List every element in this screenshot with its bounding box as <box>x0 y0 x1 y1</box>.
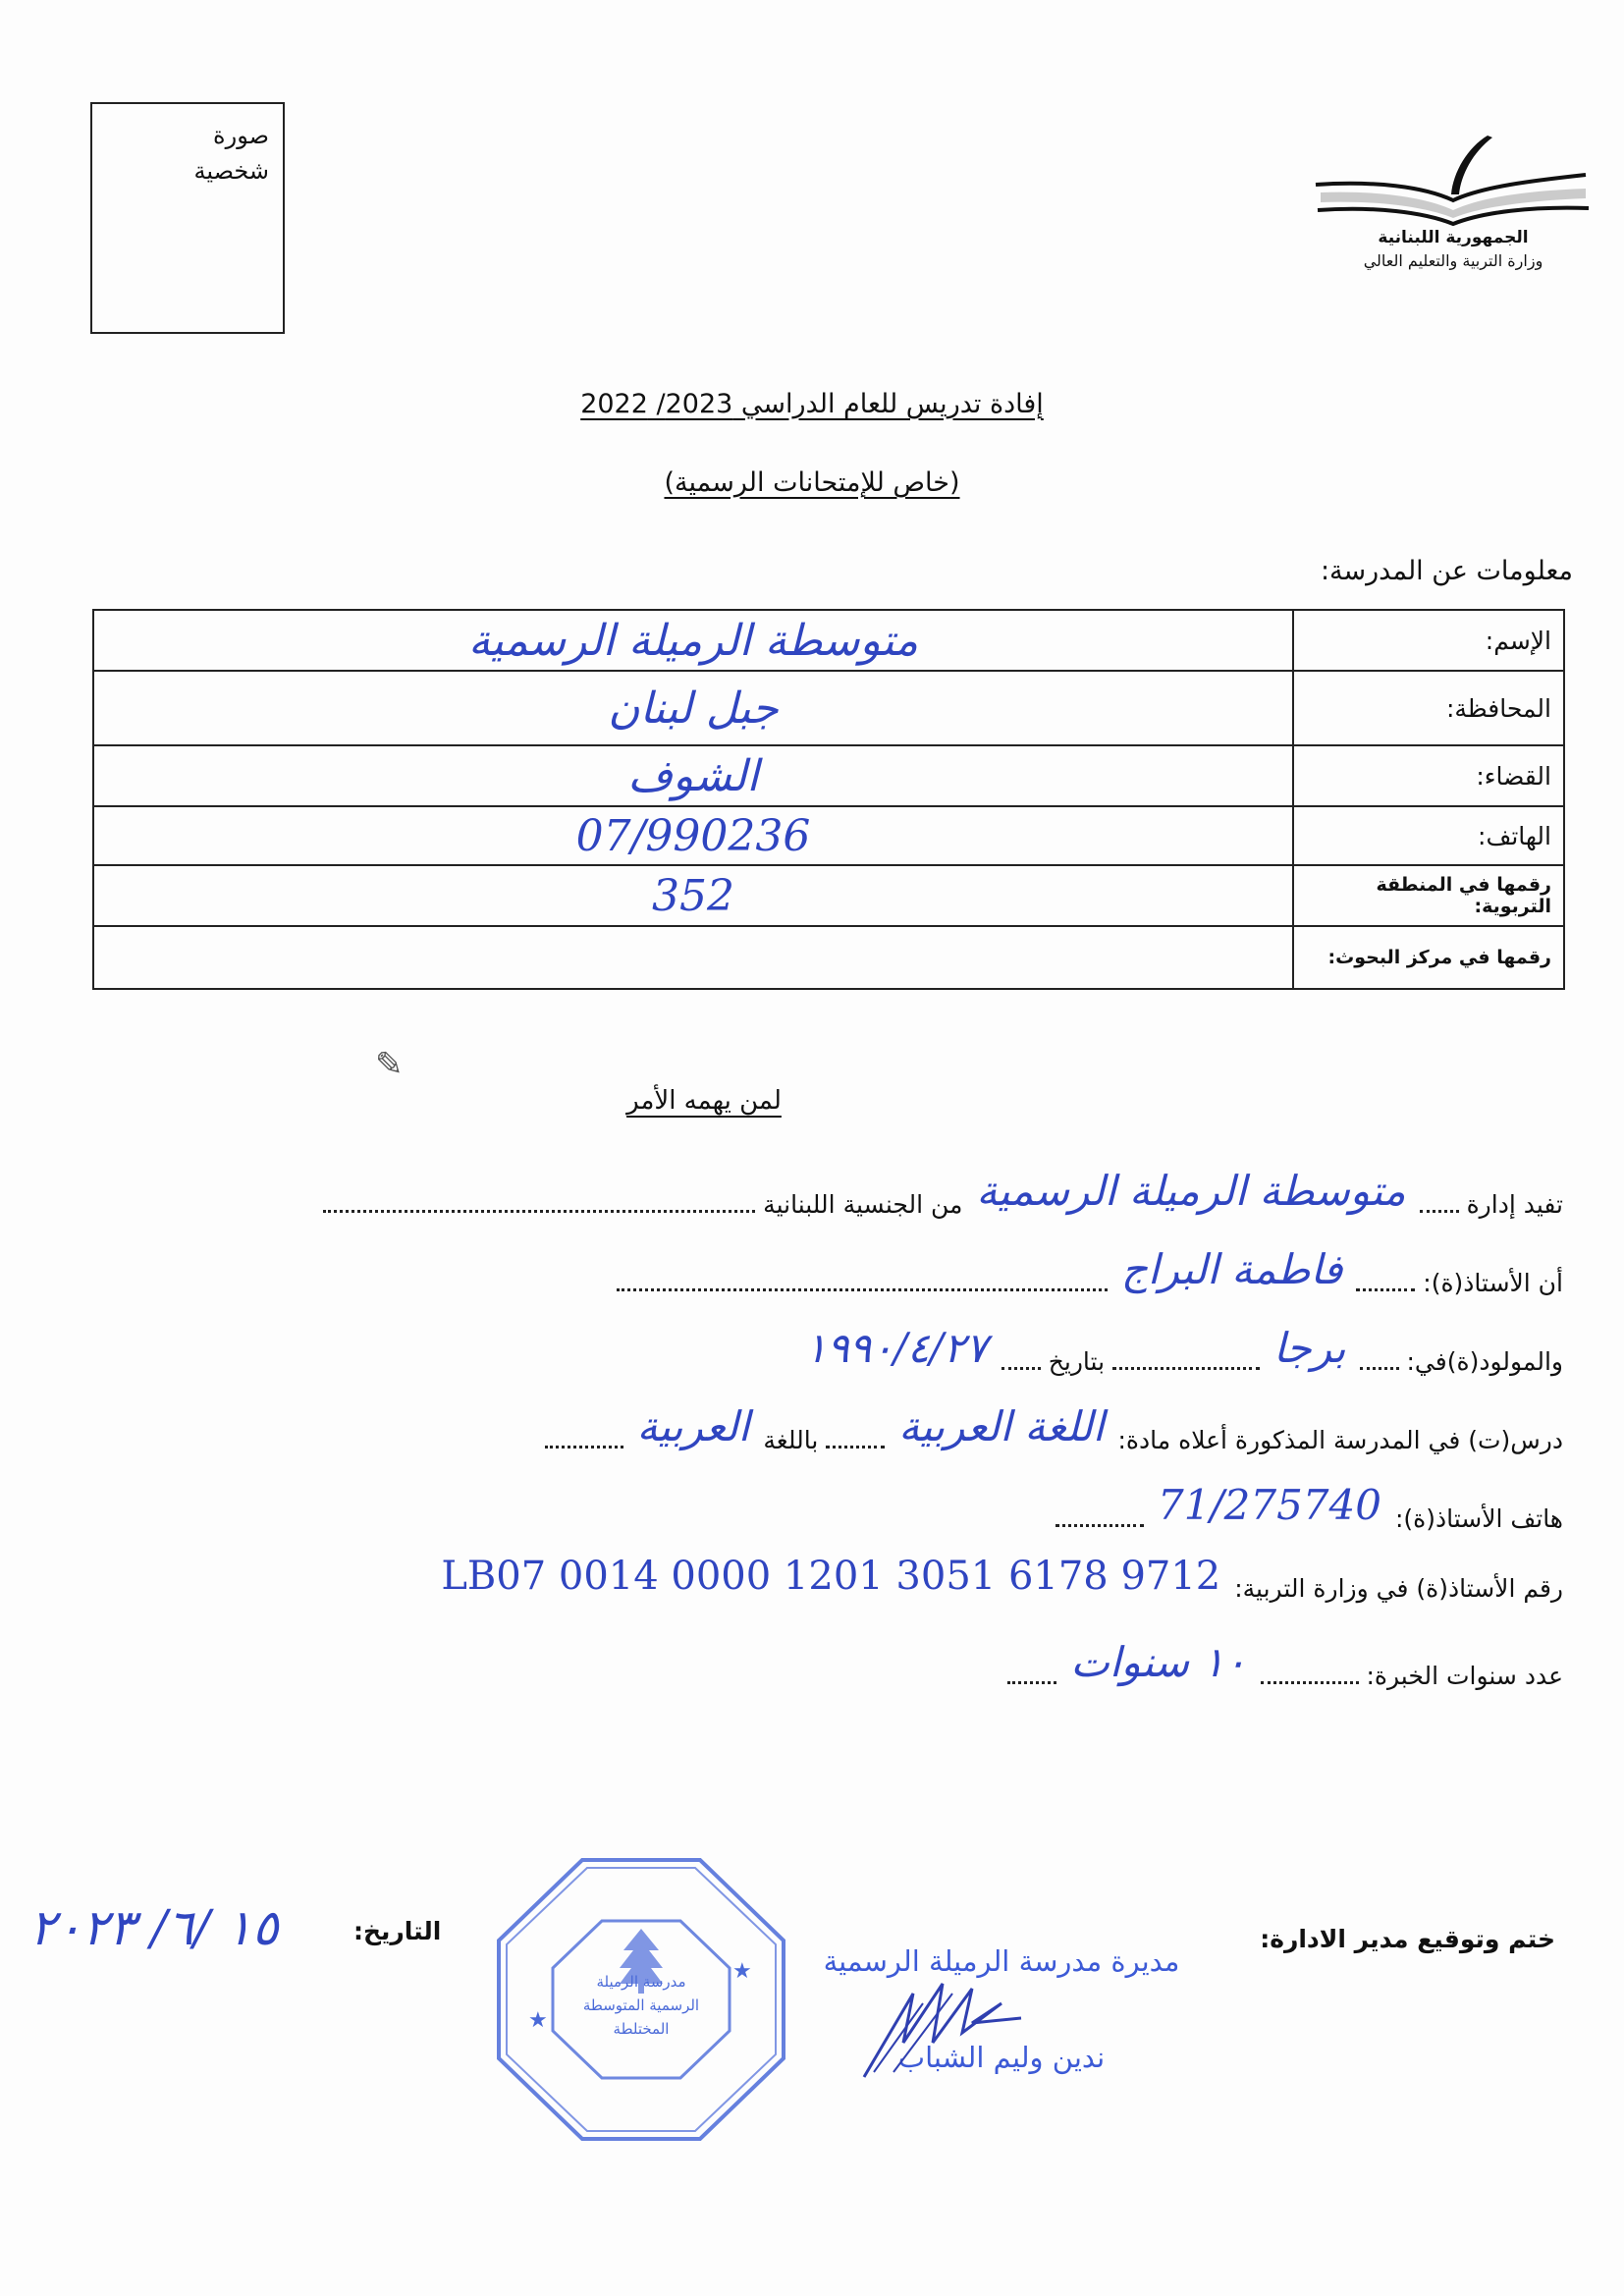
value-name: متوسطة الرميلة الرسمية <box>93 610 1293 671</box>
experience-label: عدد سنوات الخبرة: <box>1366 1662 1563 1690</box>
stamp-line2: الرسمية المتوسطة <box>577 1994 705 2017</box>
line-experience: عدد سنوات الخبرة: ١٠ سنوات <box>1007 1646 1563 1694</box>
logo-ministry-text: وزارة التربية والتعليم العالي <box>1306 251 1600 270</box>
school-phone-value: 07/990236 <box>576 811 811 861</box>
ministry-number-value: LB07 0014 0000 1201 3051 6178 9712 <box>441 1554 1220 1599</box>
line-administration: تفيد إدارة متوسطة الرميلة الرسمية من الج… <box>323 1175 1563 1223</box>
born-in-value: برجا <box>1273 1324 1346 1372</box>
label-governorate: المحافظة: <box>1293 671 1564 745</box>
born-date-label: بتاريخ <box>1049 1347 1105 1376</box>
dotted-fill <box>1360 1366 1399 1370</box>
svg-text:★: ★ <box>732 1959 752 1984</box>
line-ministry-number: رقم الأستاذ(ة) في وزارة التربية: LB07 00… <box>435 1561 1563 1607</box>
admin-value: متوسطة الرميلة الرسمية <box>976 1167 1405 1215</box>
label-name: الإسم: <box>1293 610 1564 671</box>
value-governorate: جبل لبنان <box>93 671 1293 745</box>
ministry-number-label: رقم الأستاذ(ة) في وزارة التربية: <box>1234 1574 1563 1603</box>
experience-value: ١٠ سنوات <box>1070 1638 1246 1686</box>
value-edu-zone-number: 352 <box>93 865 1293 926</box>
page-subtitle: (خاص للإمتحانات الرسمية) <box>0 467 1624 498</box>
photo-box-label: صورة شخصية <box>193 118 269 189</box>
label-district: القضاء: <box>1293 745 1564 806</box>
stamp-line3: المختلطة <box>577 2017 705 2041</box>
date-value: ١٥ /٦/ ٢٠٢٣ <box>29 1899 279 1956</box>
line-teacher: أن الأستاذ(ة): فاطمة البراج <box>617 1253 1563 1301</box>
pen-mark: ✎ <box>375 1045 404 1084</box>
language-label: باللغة <box>763 1426 818 1454</box>
line-teacher-phone: هاتف الأستاذ(ة): 71/275740 <box>1056 1489 1563 1537</box>
signature-label: ختم وتوقيع مدير الادارة: <box>1260 1925 1555 1953</box>
ministry-logo: الجمهورية اللبنانية وزارة التربية والتعل… <box>1306 128 1600 285</box>
line-subject: درس(ت) في المدرسة المذكورة أعلاه مادة: ا… <box>545 1410 1563 1458</box>
to-whom-heading: لمن يهمه الأمر <box>0 1086 1624 1116</box>
photo-label-line1: صورة <box>193 118 269 153</box>
signature-scribble-icon <box>854 1974 1031 2082</box>
table-row: رقمها في مركز البحوث: <box>93 926 1564 989</box>
page-title: إفادة تدريس للعام الدراسي 2023/ 2022 <box>0 389 1624 419</box>
school-info-table: الإسم: متوسطة الرميلة الرسمية المحافظة: … <box>92 609 1565 990</box>
photo-label-line2: شخصية <box>193 153 269 189</box>
logo-republic-text: الجمهورية اللبنانية <box>1306 228 1600 247</box>
dotted-fill <box>1001 1366 1041 1370</box>
svg-text:★: ★ <box>528 2008 548 2033</box>
label-phone: الهاتف: <box>1293 806 1564 865</box>
personal-photo-box: صورة شخصية <box>90 102 285 334</box>
dotted-fill <box>1056 1523 1144 1527</box>
label-research-center-number: رقمها في مركز البحوث: <box>1293 926 1564 989</box>
page-subtitle-text: (خاص للإمتحانات الرسمية) <box>664 467 959 498</box>
page-title-text: إفادة تدريس للعام الدراسي 2023/ 2022 <box>580 389 1044 419</box>
teacher-name-value: فاطمة البراج <box>1121 1245 1343 1293</box>
dotted-fill <box>1112 1366 1260 1370</box>
teacher-phone-label: هاتف الأستاذ(ة): <box>1395 1504 1563 1533</box>
language-value: العربية <box>637 1402 750 1450</box>
subject-value: اللغة العربية <box>898 1402 1104 1450</box>
dotted-fill <box>323 1209 755 1213</box>
table-row: رقمها في المنطقة التربوية: 352 <box>93 865 1564 926</box>
dotted-fill <box>617 1287 1108 1291</box>
nationality-text: من الجنسية اللبنانية <box>763 1190 962 1219</box>
school-stamp: ★ ★ مدرسة الرميلة الرسمية المتوسطة المخت… <box>489 1852 793 2147</box>
edu-zone-number-value: 352 <box>652 871 734 921</box>
table-row: الإسم: متوسطة الرميلة الرسمية <box>93 610 1564 671</box>
born-date-value: ١٩٩٠/٤/٢٧ <box>805 1324 988 1372</box>
dotted-fill <box>826 1445 885 1449</box>
teacher-phone-value: 71/275740 <box>1158 1481 1381 1529</box>
dotted-fill <box>1007 1680 1056 1684</box>
stamp-inner-text: مدرسة الرميلة الرسمية المتوسطة المختلطة <box>577 1970 705 2041</box>
value-district: الشوف <box>93 745 1293 806</box>
dotted-fill <box>545 1445 623 1449</box>
date-label: التاريخ: <box>353 1917 441 1945</box>
school-info-heading: معلومات عن المدرسة: <box>1321 556 1573 586</box>
open-book-icon <box>1306 128 1600 226</box>
table-row: القضاء: الشوف <box>93 745 1564 806</box>
label-edu-zone-number: رقمها في المنطقة التربوية: <box>1293 865 1564 926</box>
district-value: الشوف <box>627 751 758 801</box>
born-in-label: والمولود(ة)في: <box>1407 1347 1564 1376</box>
value-research-center-number <box>93 926 1293 989</box>
dotted-fill <box>1420 1209 1459 1213</box>
governorate-value: جبل لبنان <box>608 683 778 734</box>
admin-prefix: تفيد إدارة <box>1467 1190 1563 1219</box>
stamp-line1: مدرسة الرميلة <box>577 1970 705 1994</box>
table-row: المحافظة: جبل لبنان <box>93 671 1564 745</box>
dotted-fill <box>1356 1287 1415 1291</box>
director-title: مديرة مدرسة الرميلة الرسمية <box>815 1944 1188 1978</box>
school-name-value: متوسطة الرميلة الرسمية <box>468 616 918 666</box>
dotted-fill <box>1261 1680 1359 1684</box>
taught-label: درس(ت) في المدرسة المذكورة أعلاه مادة: <box>1117 1426 1563 1454</box>
to-whom-text: لمن يهمه الأمر <box>626 1086 782 1116</box>
teacher-label: أن الأستاذ(ة): <box>1423 1269 1563 1297</box>
line-birth: والمولود(ة)في: برجا بتاريخ ١٩٩٠/٤/٢٧ <box>799 1332 1563 1380</box>
value-phone: 07/990236 <box>93 806 1293 865</box>
table-row: الهاتف: 07/990236 <box>93 806 1564 865</box>
